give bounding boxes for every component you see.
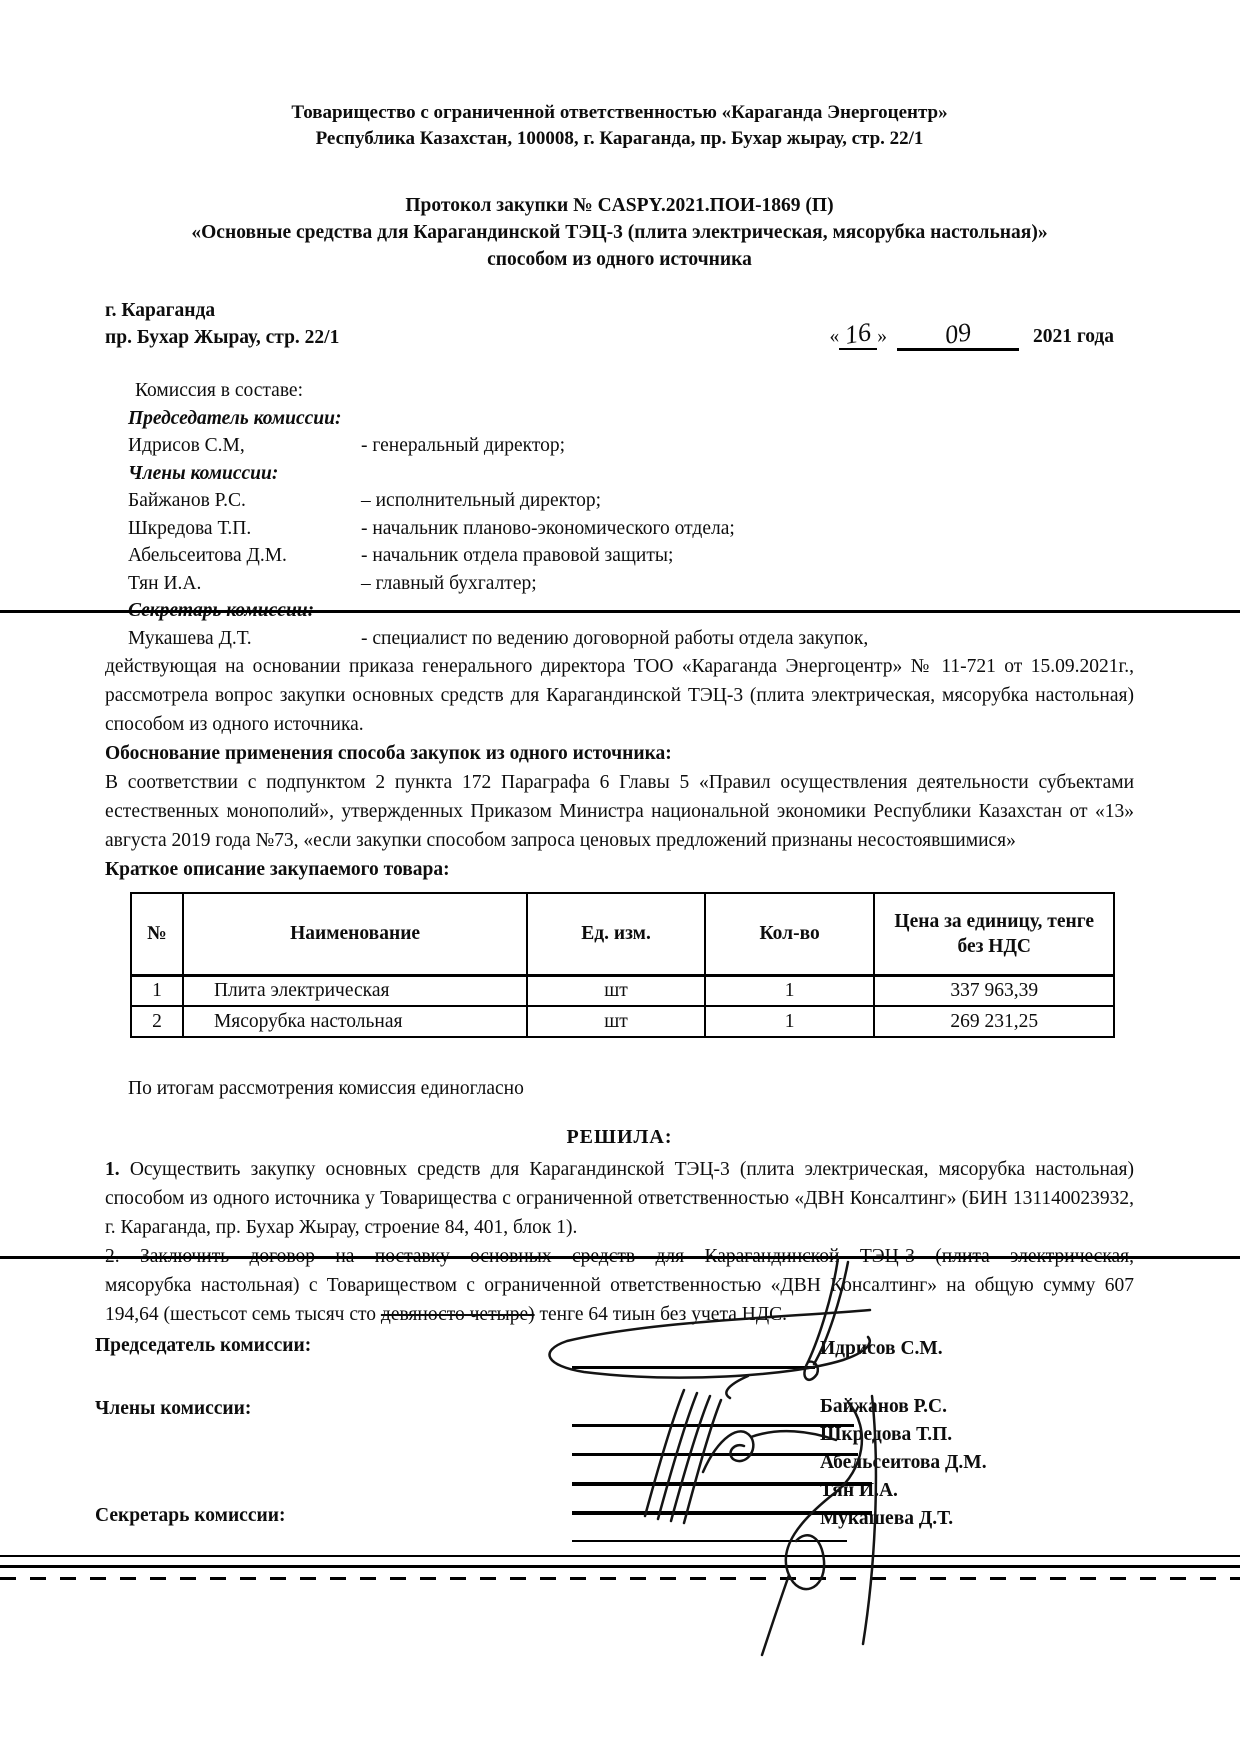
handwritten-strike-words: девяносто четыре) [381,1304,535,1325]
protocol-method-line: способом из одного источника [105,246,1134,273]
goods-table: № Наименование Ед. изм. Кол-во Цена за е… [130,892,1115,1038]
member-name: Тян И.А. [128,570,361,598]
organization-address: Республика Казахстан, 100008, г. Караган… [105,126,1134,152]
cell-price: 269 231,25 [874,1006,1114,1037]
basis-paragraph: действующая на основании приказа генерал… [105,652,1134,739]
commission-row: Тян И.А. – главный бухгалтер; [128,570,1134,598]
protocol-subject-line: «Основные средства для Карагандинской ТЭ… [105,219,1134,246]
scan-artifact-dashed-line [0,1577,1240,1580]
handwritten-day: 16 [844,322,873,346]
cell-unit: шт [527,1006,705,1037]
cell-num: 1 [131,975,183,1006]
justification-paragraph: В соответствии с подпунктом 2 пункта 172… [105,768,1134,855]
commission-row: Байжанов Р.С. – исполнительный директор; [128,487,1134,515]
signature-name: Байжанов Р.С. [820,1396,947,1418]
signature-chairman-label: Председатель комиссии: [95,1335,311,1357]
column-header-name: Наименование [183,893,527,975]
column-header-price: Цена за единицу, тенге без НДС [874,893,1114,975]
member-name: Абельсеитова Д.М. [128,542,361,570]
table-heading: Краткое описание закупаемого товара: [105,855,1134,884]
member-name: Мукашева Д.Т. [128,625,361,653]
scan-artifact-line [0,1565,1240,1568]
organization-name: Товарищество с ограниченной ответственно… [105,100,1134,126]
commission-row: Идрисов С.М, - генеральный директор; [128,432,1134,460]
place-block: г. Караганда пр. Бухар Жырау, стр. 22/1 [105,297,339,351]
member-role: - специалист по ведению договорной работ… [361,625,868,653]
cell-name: Плита электрическая [183,975,527,1006]
decision-1-text: Осуществить закупку основных средств для… [105,1159,1134,1238]
date-close-quote: » [877,326,887,347]
signature-line [572,1511,872,1515]
decision-item-1: 1. Осуществить закупку основных средств … [105,1155,1134,1242]
member-name: Байжанов Р.С. [128,487,361,515]
signature-strokes-members [645,1390,836,1523]
date-day-slot: 16 [839,324,877,350]
protocol-title: Протокол закупки № CASPY.2021.ПОИ-1869 (… [105,192,1134,273]
decision-1-number: 1. [105,1159,120,1180]
signature-line [572,1424,854,1427]
cell-unit: шт [527,975,705,1006]
member-role: - начальник планово-экономического отдел… [361,515,735,543]
column-header-qty: Кол-во [705,893,875,975]
scan-artifact-line [0,1555,1240,1557]
signature-secretary-label: Секретарь комиссии: [95,1505,285,1527]
chairman-label: Председатель комиссии: [128,405,1134,433]
decision-item-2-line1: 2. Заключить договор на поставку основны… [105,1242,1134,1271]
commission-section: Комиссия в составе: Председатель комисси… [128,377,1134,652]
date-year: 2021 года [1033,326,1114,347]
decision-item-2-rest: мясорубка настольная) с Товариществом с … [105,1271,1134,1329]
commission-intro: Комиссия в составе: [128,377,1134,405]
commission-row: Шкредова Т.П. - начальник планово-эконом… [128,515,1134,543]
column-header-num: № [131,893,183,975]
commission-row: Абельсеитова Д.М. - начальник отдела пра… [128,542,1134,570]
table-header-row: № Наименование Ед. изм. Кол-во Цена за е… [131,893,1114,975]
protocol-number-line: Протокол закупки № CASPY.2021.ПОИ-1869 (… [105,192,1134,219]
member-role: - генеральный директор; [361,432,565,460]
table-row: 1 Плита электрическая шт 1 337 963,39 [131,975,1114,1006]
place-date-row: г. Караганда пр. Бухар Жырау, стр. 22/1 … [105,297,1134,351]
cell-name: Мясорубка настольная [183,1006,527,1037]
signature-line [572,1540,847,1542]
cell-price: 337 963,39 [874,975,1114,1006]
organization-header: Товарищество с ограниченной ответственно… [105,0,1134,152]
member-role: – главный бухгалтер; [361,570,537,598]
signature-name: Идрисов С.М. [820,1338,943,1360]
address-line: пр. Бухар Жырау, стр. 22/1 [105,324,339,351]
signature-name: Шкредова Т.П. [820,1424,952,1446]
members-label: Члены комиссии: [128,460,1134,488]
handwritten-month: 09 [944,322,973,346]
signature-line [572,1482,872,1486]
column-header-unit: Ед. изм. [527,893,705,975]
scanned-document-page: Товарищество с ограниченной ответственно… [0,0,1240,1754]
signature-line [572,1453,858,1456]
decision-heading: РЕШИЛА: [105,1126,1134,1149]
scan-artifact-line [0,1256,1240,1259]
member-name: Идрисов С.М, [128,432,361,460]
signature-line [572,1366,815,1369]
justification-heading: Обоснование применения способа закупок и… [105,739,1134,768]
member-role: - начальник отдела правовой защиты; [361,542,673,570]
outcome-line: По итогам рассмотрения комиссия единогла… [128,1078,1134,1100]
secretary-label-row: Секретарь комиссии: [128,597,1134,625]
table-row: 2 Мясорубка настольная шт 1 269 231,25 [131,1006,1114,1037]
date-block: «16»092021 года [829,324,1134,351]
cell-num: 2 [131,1006,183,1037]
decision-2-text-post: тенге 64 тиын без учета НДС. [535,1304,787,1325]
scan-artifact-line [0,610,1240,613]
date-month-slot: 09 [897,324,1019,351]
commission-row: Мукашева Д.Т. - специалист по ведению до… [128,625,1134,653]
signature-members-label: Члены комиссии: [95,1398,251,1420]
cell-qty: 1 [705,975,875,1006]
member-name: Шкредова Т.П. [128,515,361,543]
date-open-quote: « [829,326,839,347]
cell-qty: 1 [705,1006,875,1037]
city-line: г. Караганда [105,297,339,324]
member-role: – исполнительный директор; [361,487,601,515]
